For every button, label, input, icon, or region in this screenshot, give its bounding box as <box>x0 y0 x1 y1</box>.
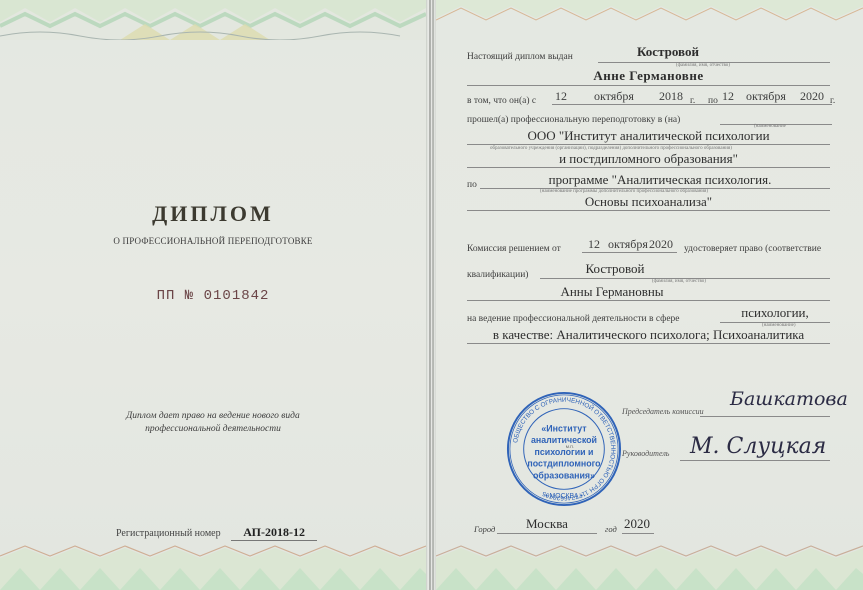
svg-text:образования»: образования» <box>533 471 595 481</box>
svg-text:постдипломного: постдипломного <box>527 459 601 469</box>
guilloche-border-top-right <box>436 0 863 40</box>
commission-date-underline <box>582 252 677 253</box>
year-underline <box>622 533 654 534</box>
to-year: 2020 <box>800 89 824 104</box>
head-signature: М. Слуцкая <box>690 434 826 459</box>
period-underline <box>552 104 832 105</box>
rights-note-line-1: Диплом дает право на ведение нового вида <box>0 410 426 423</box>
org-line-1: ООО "Институт аналитической психологии <box>467 128 830 144</box>
commission-year: 2020 <box>649 237 673 252</box>
qualification-name-underline <box>467 300 830 301</box>
city-value: Москва <box>497 516 597 532</box>
completed-label: прошел(а) профессиональную переподготовк… <box>467 115 680 125</box>
city-underline <box>497 533 597 534</box>
diploma-title: ДИПЛОМ <box>0 201 426 227</box>
svg-text:психологии и: психологии и <box>535 447 594 457</box>
year-label: год <box>605 524 617 534</box>
sphere-label: на ведение профессиональной деятельности… <box>467 314 680 324</box>
qualification-surname: Костровой <box>540 261 690 277</box>
surname-value: Костровой <box>598 44 738 60</box>
qualification-label: квалификации) <box>467 270 528 280</box>
serial-digits: 0101842 <box>204 288 270 304</box>
guilloche-border-bottom-right <box>436 538 863 590</box>
serial-series: ПП <box>157 288 176 304</box>
chair-label: Председатель комиссии <box>622 407 704 416</box>
program-line-2: Основы психоанализа" <box>467 194 830 210</box>
guilloche-border-top <box>0 0 426 40</box>
rights-note: Диплом дает право на ведение нового вида… <box>0 410 426 436</box>
to-day: 12 <box>722 89 734 104</box>
org-line-2: и постдипломного образования" <box>467 151 830 167</box>
capacity-value: в качестве: Аналитического психолога; Пс… <box>467 327 830 343</box>
rights-note-line-2: профессиональной деятельности <box>0 423 426 436</box>
commission-day: 12 <box>588 237 600 252</box>
name-underline <box>467 85 830 86</box>
center-fold <box>426 0 436 590</box>
sphere-value: психологии, <box>720 305 830 321</box>
head-signature-line <box>680 460 830 461</box>
svg-text:• МОСКВА •: • МОСКВА • <box>545 493 583 500</box>
serial-number: ПП № 0101842 <box>0 288 426 304</box>
org-line-2-underline <box>467 167 830 168</box>
year-value: 2020 <box>622 516 652 532</box>
commission-month: октября <box>608 237 648 252</box>
program-label: по <box>467 180 477 190</box>
svg-text:«Институт: «Институт <box>541 423 587 433</box>
from-year: 2018 <box>659 89 683 104</box>
diploma-cover-page: ДИПЛОМ О ПРОФЕССИОНАЛЬНОЙ ПЕРЕПОДГОТОВКЕ… <box>0 0 426 590</box>
period-label: в том, что он(а) с <box>467 96 536 106</box>
chair-signature-line <box>700 416 830 417</box>
head-label: Руководитель <box>622 449 669 458</box>
organization-stamp: ОБЩЕСТВО С ОГРАНИЧЕННОЙ ОТВЕТСТВЕННОСТЬЮ… <box>505 390 623 508</box>
guilloche-border-bottom <box>0 538 426 590</box>
from-day: 12 <box>555 89 567 104</box>
diploma-spread: ДИПЛОМ О ПРОФЕССИОНАЛЬНОЙ ПЕРЕПОДГОТОВКЕ… <box>0 0 863 590</box>
commission-label: Комиссия решением от <box>467 244 561 254</box>
to-month: октября <box>746 89 786 104</box>
capacity-underline <box>467 343 830 344</box>
qualification-first-patronymic: Анны Германовны <box>467 284 757 300</box>
certifies-label: удостоверяет право (соответствие <box>684 244 821 254</box>
first-patronymic-value: Анне Германовне <box>467 68 830 84</box>
program-line-2-underline <box>467 210 830 211</box>
serial-no-sign: № <box>185 288 194 304</box>
city-label: Город <box>474 524 495 534</box>
svg-text:аналитической: аналитической <box>531 435 597 445</box>
issued-label: Настоящий диплом выдан <box>467 52 573 62</box>
diploma-subtitle: О ПРОФЕССИОНАЛЬНОЙ ПЕРЕПОДГОТОВКЕ <box>0 236 426 246</box>
from-month: октября <box>594 89 634 104</box>
org-line-1-underline <box>467 144 830 145</box>
program-line-1: программе "Аналитическая психология. <box>490 172 830 188</box>
svg-text:М.П.: М.П. <box>566 444 574 449</box>
chair-signature: Башкатова <box>730 388 848 410</box>
